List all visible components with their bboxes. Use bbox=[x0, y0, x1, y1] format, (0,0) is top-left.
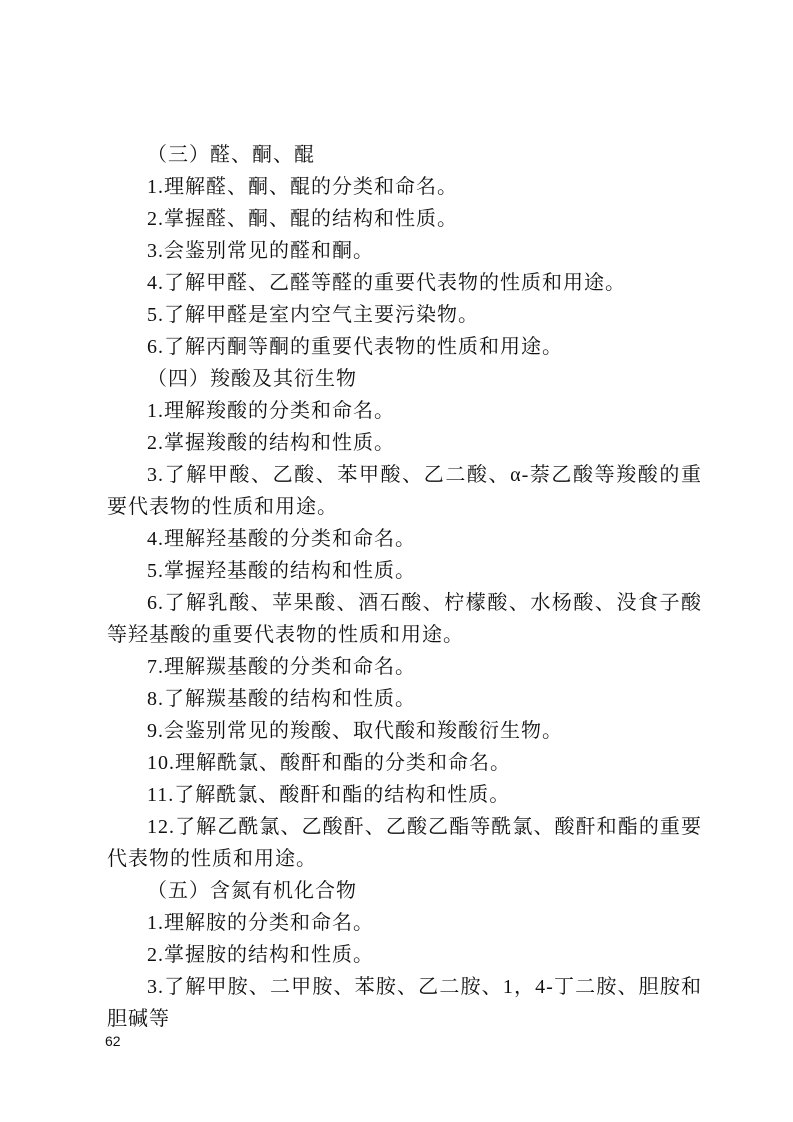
section-heading: （五）含氮有机化合物 bbox=[107, 875, 702, 907]
list-item: 8.了解羰基酸的结构和性质。 bbox=[107, 683, 702, 715]
list-item: 3.会鉴别常见的醛和酮。 bbox=[107, 235, 702, 267]
list-item: 10.理解酰氯、酸酐和酯的分类和命名。 bbox=[107, 747, 702, 779]
list-item: 3.了解甲胺、二甲胺、苯胺、乙二胺、1，4-丁二胺、胆胺和胆碱等 bbox=[107, 971, 702, 1035]
list-item: 5.掌握羟基酸的结构和性质。 bbox=[107, 555, 702, 587]
document-page: （三）醛、酮、醌 1.理解醛、酮、醌的分类和命名。 2.掌握醛、酮、醌的结构和性… bbox=[0, 0, 793, 1122]
list-item: 11.了解酰氯、酸酐和酯的结构和性质。 bbox=[107, 779, 702, 811]
list-item: 2.掌握羧酸的结构和性质。 bbox=[107, 427, 702, 459]
page-number: 62 bbox=[105, 1032, 121, 1050]
section-heading: （三）醛、酮、醌 bbox=[107, 139, 702, 171]
list-item: 2.掌握醛、酮、醌的结构和性质。 bbox=[107, 203, 702, 235]
section-heading: （四）羧酸及其衍生物 bbox=[107, 363, 702, 395]
list-item: 6.了解乳酸、苹果酸、酒石酸、柠檬酸、水杨酸、没食子酸等羟基酸的重要代表物的性质… bbox=[107, 587, 702, 651]
list-item: 4.了解甲醛、乙醛等醛的重要代表物的性质和用途。 bbox=[107, 267, 702, 299]
list-item: 4.理解羟基酸的分类和命名。 bbox=[107, 523, 702, 555]
list-item: 1.理解醛、酮、醌的分类和命名。 bbox=[107, 171, 702, 203]
list-item: 1.理解胺的分类和命名。 bbox=[107, 907, 702, 939]
list-item: 12.了解乙酰氯、乙酸酐、乙酸乙酯等酰氯、酸酐和酯的重要代表物的性质和用途。 bbox=[107, 811, 702, 875]
list-item: 3.了解甲酸、乙酸、苯甲酸、乙二酸、α-萘乙酸等羧酸的重要代表物的性质和用途。 bbox=[107, 459, 702, 523]
list-item: 2.掌握胺的结构和性质。 bbox=[107, 939, 702, 971]
list-item: 6.了解丙酮等酮的重要代表物的性质和用途。 bbox=[107, 331, 702, 363]
list-item: 7.理解羰基酸的分类和命名。 bbox=[107, 651, 702, 683]
list-item: 5.了解甲醛是室内空气主要污染物。 bbox=[107, 299, 702, 331]
list-item: 9.会鉴别常见的羧酸、取代酸和羧酸衍生物。 bbox=[107, 715, 702, 747]
document-content: （三）醛、酮、醌 1.理解醛、酮、醌的分类和命名。 2.掌握醛、酮、醌的结构和性… bbox=[107, 139, 702, 1035]
list-item: 1.理解羧酸的分类和命名。 bbox=[107, 395, 702, 427]
